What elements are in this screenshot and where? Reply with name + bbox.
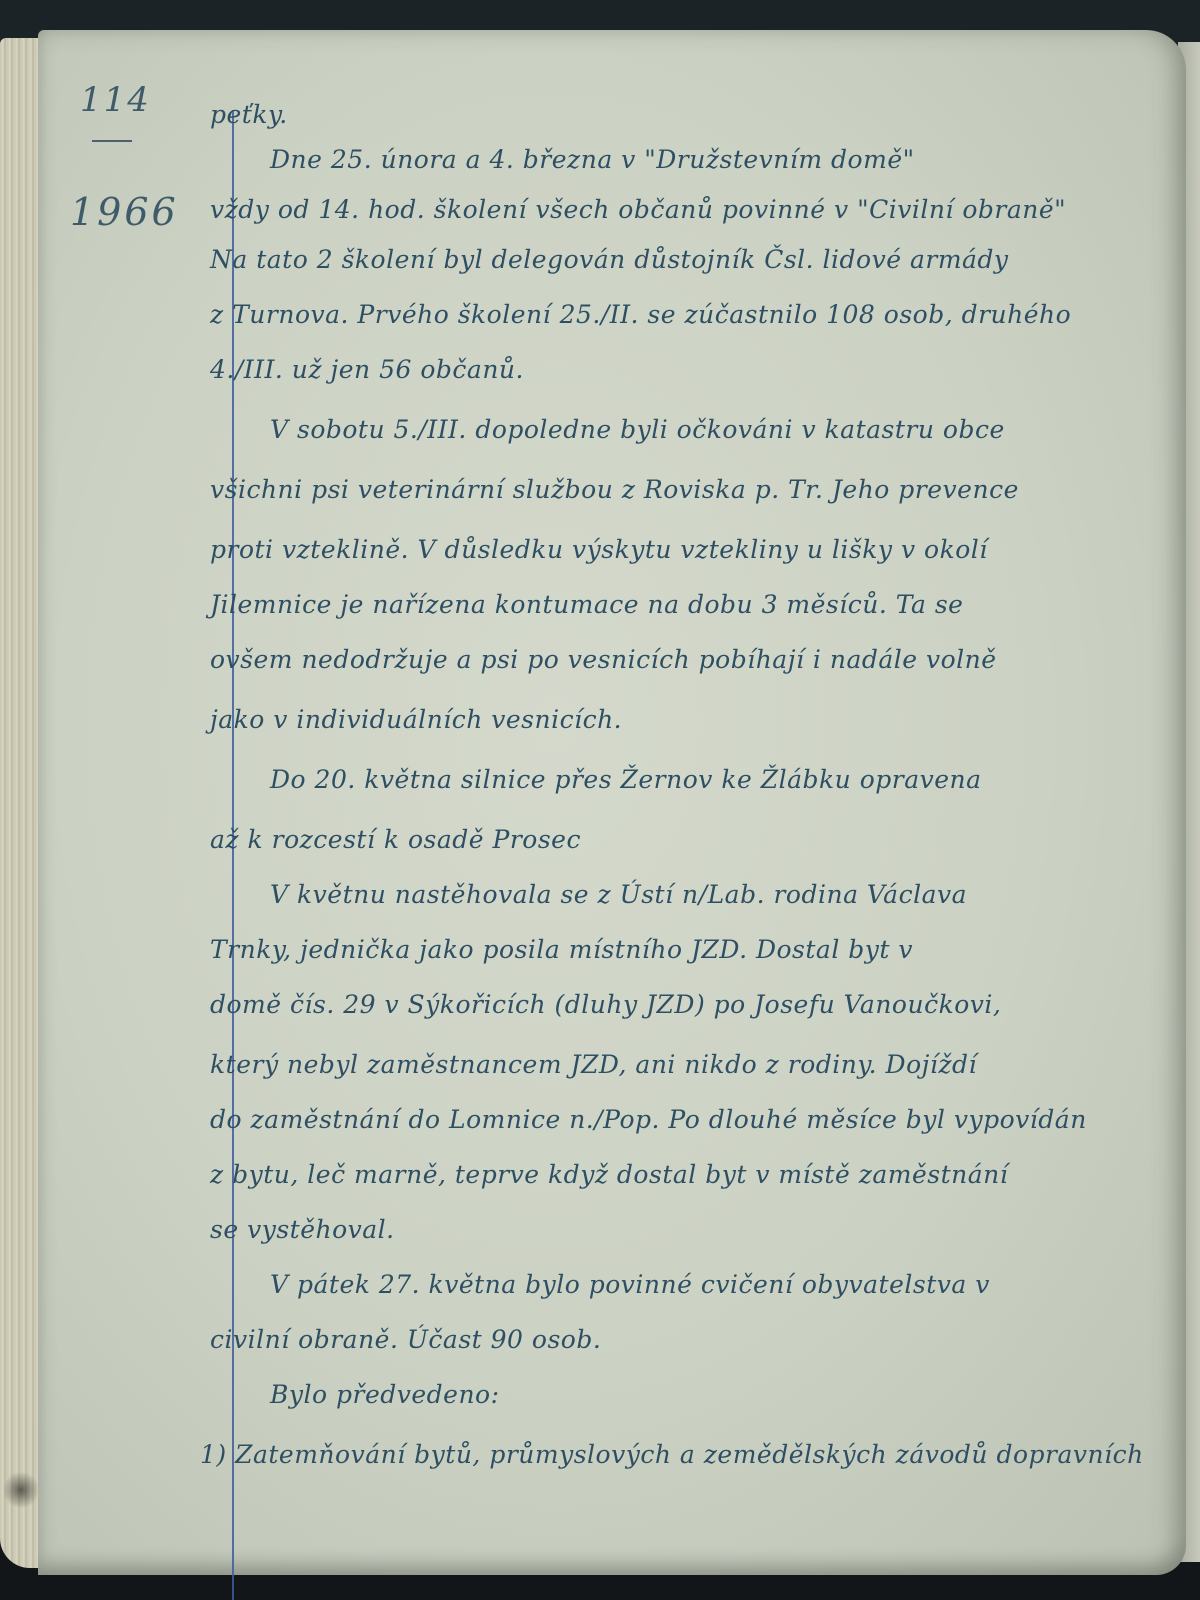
photo-scene: 114 1966 peťky. Dne 25. února a 4. březn…	[0, 0, 1200, 1600]
text-line: z Turnova. Prvého školení 25./II. se zúč…	[210, 300, 1071, 329]
page-number: 114	[80, 80, 151, 120]
text-line: všichni psi veterinární službou z Rovisk…	[210, 475, 1019, 504]
text-line: Na tato 2 školení byl delegován důstojní…	[210, 245, 1009, 274]
year-label: 1966	[70, 190, 179, 234]
text-line: Do 20. května silnice přes Žernov ke Žlá…	[270, 765, 982, 794]
text-line: Dne 25. února a 4. března v "Družstevním…	[270, 145, 915, 174]
text-line: 1) Zatemňování bytů, průmyslových a země…	[200, 1440, 1144, 1469]
margin-divider	[92, 140, 132, 142]
text-line: se vystěhoval.	[210, 1215, 395, 1244]
text-line: ovšem nedodržuje a psi po vesnicích pobí…	[210, 645, 997, 674]
text-line: 4./III. už jen 56 občanů.	[210, 355, 524, 384]
text-line: z bytu, leč marně, teprve když dostal by…	[210, 1160, 1008, 1189]
text-line: V pátek 27. května bylo povinné cvičení …	[270, 1270, 990, 1299]
text-line: jako v individuálních vesnicích.	[210, 705, 622, 734]
text-line: V květnu nastěhovala se z Ústí n/Lab. ro…	[270, 880, 967, 909]
text-line: V sobotu 5./III. dopoledne byli očkováni…	[270, 415, 1005, 444]
text-line: vždy od 14. hod. školení všech občanů po…	[210, 195, 1066, 224]
margin-rule	[232, 110, 234, 1600]
text-line: který nebyl zaměstnancem JZD, ani nikdo …	[210, 1050, 977, 1079]
text-line: domě čís. 29 v Sýkořicích (dluhy JZD) po…	[210, 990, 1001, 1019]
ink-stain	[4, 1470, 38, 1510]
text-line: Jilemnice je nařízena kontumace na dobu …	[210, 590, 963, 619]
text-line: až k rozcestí k osadě Prosec	[210, 825, 581, 854]
text-line: Bylo předvedeno:	[270, 1380, 500, 1409]
text-line: proti vzteklině. V důsledku výskytu vzte…	[210, 535, 988, 564]
text-line: Trnky, jednička jako posila místního JZD…	[210, 935, 913, 964]
text-line: do zaměstnání do Lomnice n./Pop. Po dlou…	[210, 1105, 1087, 1134]
page-stack-left-edge	[0, 38, 42, 1568]
text-line: civilní obraně. Účast 90 osob.	[210, 1325, 601, 1354]
text-line: peťky.	[210, 100, 288, 129]
